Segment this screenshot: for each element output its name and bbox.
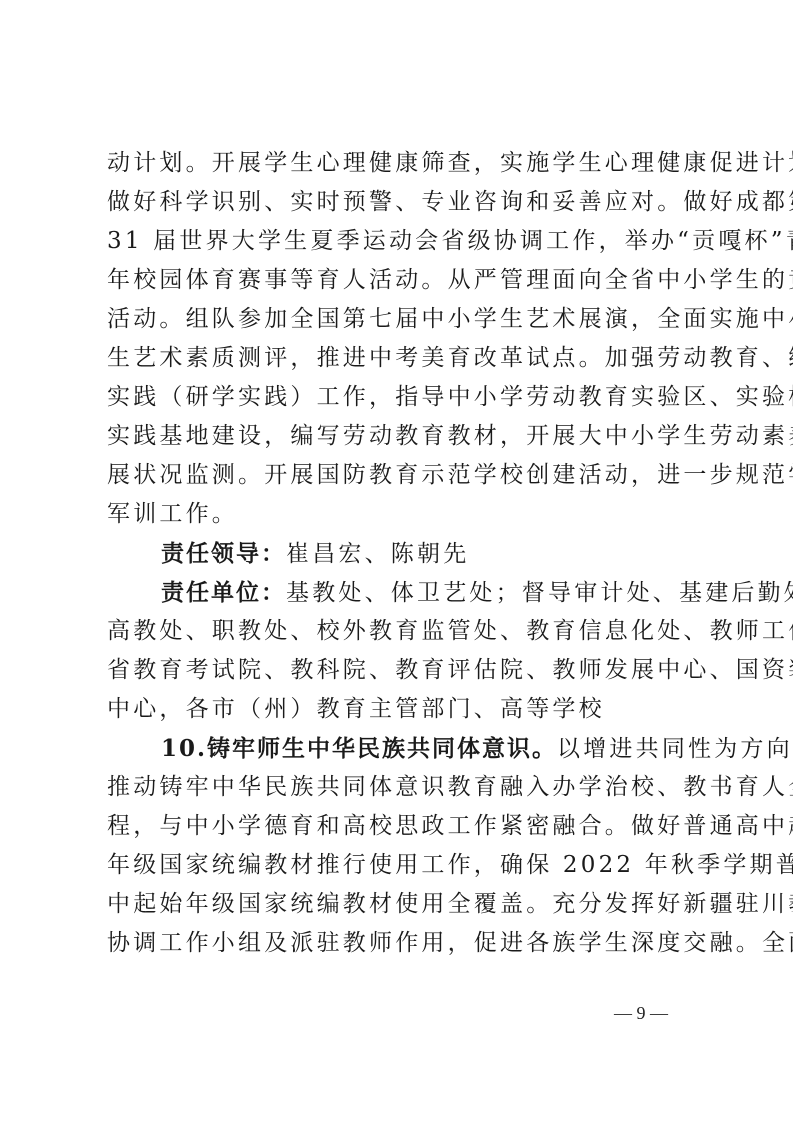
page-number: — 9 — — [606, 1000, 676, 1026]
text-line: 活动。组队参加全国第七届中小学生艺术展演，全面实施中小学 — [107, 300, 691, 339]
responsible-units-label: 责任单位： — [161, 579, 286, 606]
text-line: 实践（研学实践）工作，指导中小学劳动教育实验区、实验校和 — [107, 378, 691, 417]
responsible-leaders-value: 崔昌宏、陈朝先 — [286, 541, 469, 567]
text-line: 高教处、职教处、校外教育监管处、教育信息化处、教师工作处、 — [107, 612, 691, 651]
text-line: 31 届世界大学生夏季运动会省级协调工作，举办“贡嘎杯”青少 — [107, 222, 691, 261]
text-line: 程，与中小学德育和高校思政工作紧密融合。做好普通高中起始 — [107, 807, 691, 846]
text-line: 推动铸牢中华民族共同体意识教育融入办学治校、教书育人全过 — [107, 768, 691, 807]
text-line: 生艺术素质测评，推进中考美育改革试点。加强劳动教育、综合 — [107, 339, 691, 378]
section-text: 以增进共同性为方向， — [557, 736, 793, 762]
text-line: 协调工作小组及派驻教师作用，促进各族学生深度交融。全面落 — [107, 924, 691, 963]
section-heading: 10.铸牢师生中华民族共同体意识。 — [161, 735, 557, 762]
text-line: 年级国家统编教材推行使用工作，确保 2022 年秋季学期普通高 — [107, 846, 691, 885]
section-10-heading-line: 10.铸牢师生中华民族共同体意识。以增进共同性为方向， — [107, 729, 691, 768]
document-page: 动计划。开展学生心理健康筛查，实施学生心理健康促进计划， 做好科学识别、实时预警… — [0, 0, 793, 1122]
text-line: 动计划。开展学生心理健康筛查，实施学生心理健康促进计划， — [107, 144, 691, 183]
text-line: 省教育考试院、教科院、教育评估院、教师发展中心、国资装备 — [107, 651, 691, 690]
responsible-units-value: 基教处、体卫艺处；督导审计处、基建后勤处、 — [286, 580, 793, 606]
text-line: 年校园体育赛事等育人活动。从严管理面向全省中小学生的竞赛 — [107, 261, 691, 300]
responsible-leaders-label: 责任领导： — [161, 540, 286, 567]
text-line: 中起始年级国家统编教材使用全覆盖。充分发挥好新疆驻川教育 — [107, 885, 691, 924]
text-line: 展状况监测。开展国防教育示范学校创建活动，进一步规范学生 — [107, 456, 691, 495]
responsible-leaders: 责任领导：崔昌宏、陈朝先 — [107, 534, 691, 573]
responsible-units: 责任单位：基教处、体卫艺处；督导审计处、基建后勤处、 — [107, 573, 691, 612]
body-text: 动计划。开展学生心理健康筛查，实施学生心理健康促进计划， 做好科学识别、实时预警… — [107, 144, 691, 963]
text-line: 中心，各市（州）教育主管部门、高等学校 — [107, 690, 691, 729]
text-line: 实践基地建设，编写劳动教育教材，开展大中小学生劳动素养发 — [107, 417, 691, 456]
text-line: 军训工作。 — [107, 495, 691, 534]
text-line: 做好科学识别、实时预警、专业咨询和妥善应对。做好成都第 — [107, 183, 691, 222]
